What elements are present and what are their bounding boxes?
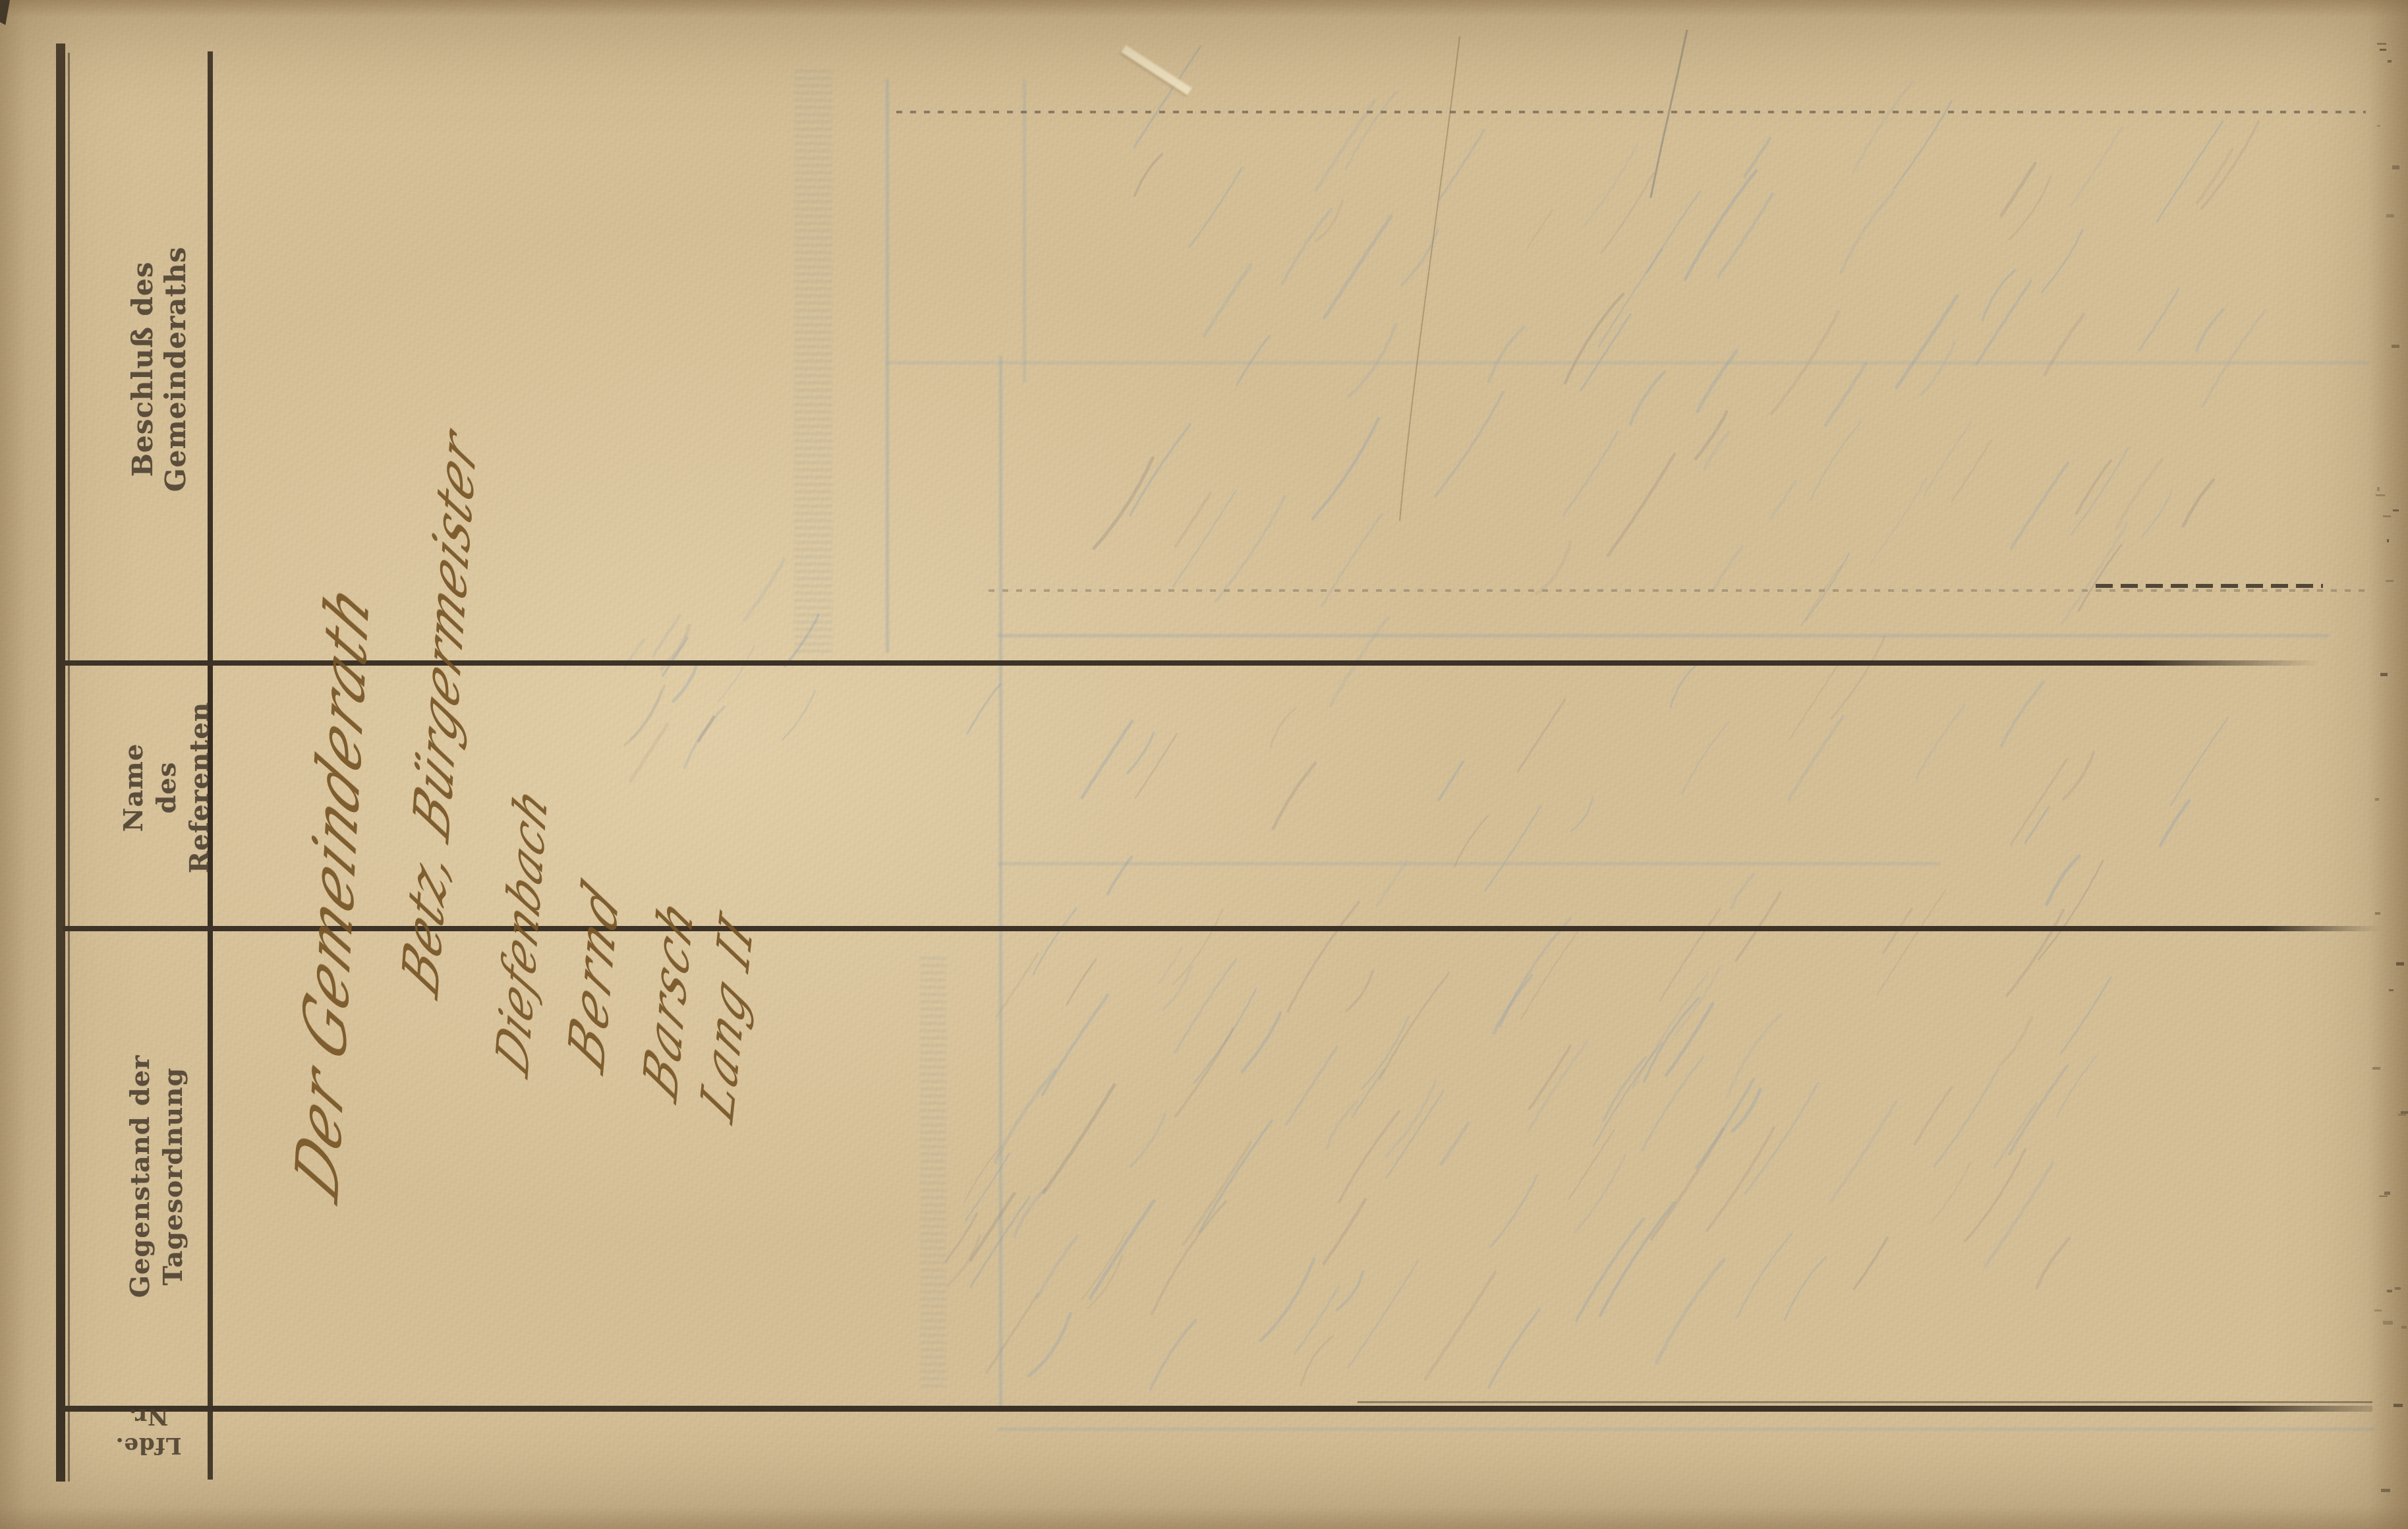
left-border-line xyxy=(56,43,65,1482)
left-border-inner-line xyxy=(68,53,70,1482)
ledger-page-scan: Beschluß des Gemeinderaths Name des Refe… xyxy=(0,0,2408,1529)
column-header-beschluss: Beschluß des Gemeinderaths xyxy=(127,191,159,547)
column-header-name-des-referenten: Name des Referenten xyxy=(117,689,183,886)
pencil-mark xyxy=(1651,30,1687,198)
column-header-name-line2: des Referenten xyxy=(150,689,216,886)
bottom-divider-line xyxy=(63,1406,2372,1412)
column-header-lfde-nr: Lfde. Nr. xyxy=(96,1431,201,1460)
column-header-name-line1: Name xyxy=(117,689,150,886)
column-header-gegenstand: Gegenstand der Tagesordnung xyxy=(124,998,157,1354)
row-divider-line-beschluss-name xyxy=(63,660,2320,666)
bottom-divider-line-echo xyxy=(1358,1401,2372,1403)
